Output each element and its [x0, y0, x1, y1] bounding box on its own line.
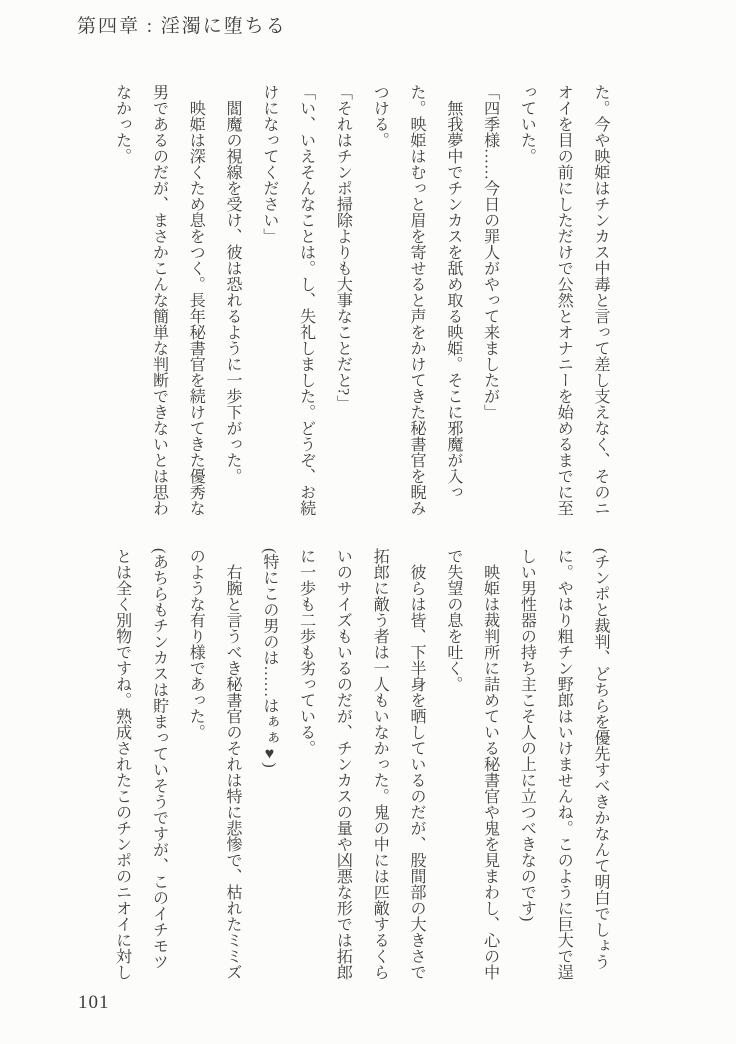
- paragraph: 無我夢中でチンカスを舐め取る映姫。そこに邪魔が入った。映姫はむっと眉を寄せると声…: [360, 84, 470, 516]
- paragraph: 「四季様……今日の罪人がやって来ましたが」: [471, 84, 508, 516]
- paragraph: (特にこの男のは……はぁぁ♥): [250, 548, 287, 980]
- paragraph: 右腕と言うべき秘書官のそれは特に悲惨で、枯れたミミズのような有り様であった。: [176, 548, 250, 980]
- paragraph: (チンポと裁判、どちらを優先すべきかなんて明白でしょうに。やはり粗チン野郎はいけ…: [508, 548, 618, 980]
- paragraph: (あちらもチンカスは貯まっていそうですが、このイチモツとは全く別物ですね。熟成さ…: [103, 548, 177, 980]
- paragraph: 「それはチンポ掃除よりも大事なことだと?」: [324, 84, 361, 516]
- paragraph: 「い、いえそんなことは。し、失礼しました。どうぞ、お続けになってください」: [250, 84, 324, 516]
- paragraph: 閻魔の視線を受け、彼は恐れるように一歩下がった。: [213, 84, 250, 516]
- page-number: 101: [78, 992, 110, 1014]
- paragraph: 映姫は深くため息をつく。長年秘書官を続けてきた優秀な男であるのだが、まさかこんな…: [103, 84, 213, 516]
- paragraph: 彼らは皆、下半身を晒しているのだが、股間部の大きさで拓郎に敵う者は一人もいなかっ…: [287, 548, 434, 980]
- novel-page: 第四章 : 淫濁に堕ちる た。今や映姫はチンカス中毒と言って差し支えなく、そのニ…: [0, 0, 736, 1044]
- text-block-bottom: (チンポと裁判、どちらを優先すべきかなんて明白でしょうに。やはり粗チン野郎はいけ…: [103, 548, 618, 980]
- paragraph: 映姫は裁判所に詰めている秘書官や鬼を見まわし、心の中で失望の息を吐く。: [434, 548, 508, 980]
- chapter-title: 第四章 : 淫濁に堕ちる: [77, 11, 287, 38]
- text-block-top: た。今や映姫はチンカス中毒と言って差し支えなく、そのニオイを目の前にしただけで公…: [103, 84, 618, 516]
- paragraph: た。今や映姫はチンカス中毒と言って差し支えなく、そのニオイを目の前にしただけで公…: [508, 84, 618, 516]
